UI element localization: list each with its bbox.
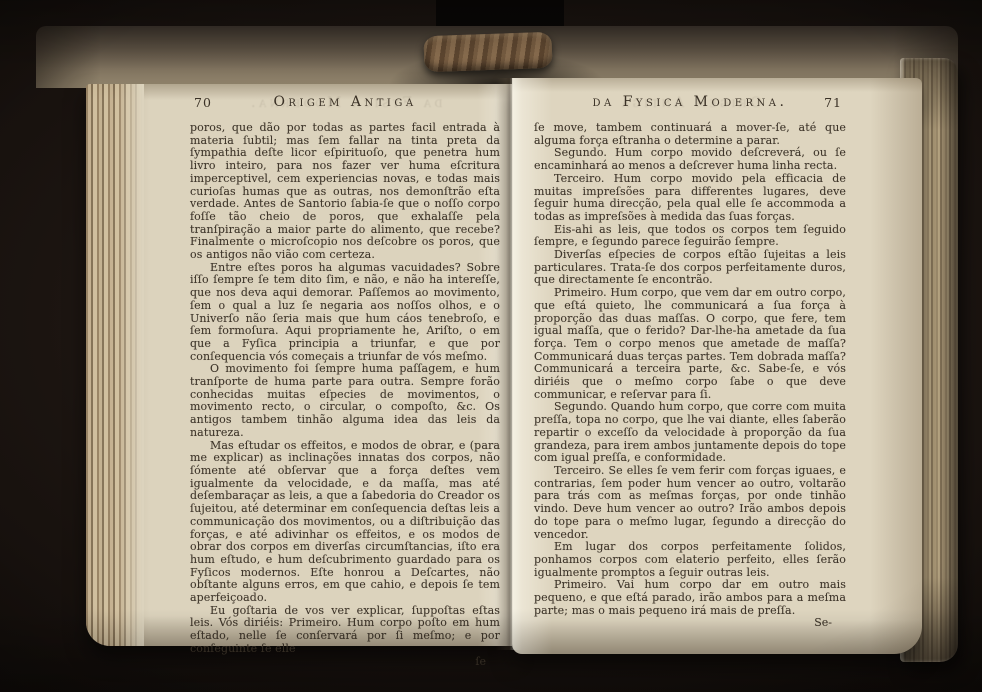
left-fore-edge: [86, 84, 144, 646]
show-through-text: da Fysica Moderna.: [190, 95, 500, 111]
body-paragraph: ſe move, tambem continuará a mover-ſe, a…: [534, 122, 846, 147]
body-paragraph: Segundo. Quando hum corpo, que corre com…: [534, 401, 846, 465]
left-page-text-block: poros, que dão por todas as partes facil…: [190, 122, 500, 668]
right-page-header: Origem Antiga da Fysica Moderna. 71: [534, 94, 846, 114]
body-paragraph: Primeiro. Vai hum corpo dar em outro mai…: [534, 579, 846, 617]
right-page-text: ſe move, tambem continuará a mover-ſe, a…: [534, 122, 846, 617]
body-paragraph: Diverſas eſpecies de corpos eſtão ſujeit…: [534, 249, 846, 287]
right-page: Origem Antiga da Fysica Moderna. 71 ſe m…: [512, 78, 922, 654]
left-page: da Fysica Moderna. 70 Origem Antiga poro…: [86, 84, 512, 646]
left-page-text: poros, que dão por todas as partes facil…: [190, 122, 500, 656]
right-page-text-block: ſe move, tambem continuará a mover-ſe, a…: [534, 122, 846, 630]
show-through-text: Origem Antiga: [534, 95, 846, 111]
right-catchword: Se-: [534, 617, 846, 630]
body-paragraph: Em lugar dos corpos perfeitamente ſolido…: [534, 541, 846, 579]
body-paragraph: Primeiro. Hum corpo, que vem dar em outr…: [534, 287, 846, 401]
gutter-crease: [496, 78, 522, 650]
body-paragraph: Terceiro. Se elles ſe vem ferir com forç…: [534, 465, 846, 541]
left-catchword: ſe: [190, 656, 500, 669]
body-paragraph: Entre eſtes poros ha algumas vacuidades?…: [190, 262, 500, 364]
body-paragraph: Eu goſtaria de vos ver explicar, ſuppoſt…: [190, 605, 500, 656]
spine-headband: [423, 32, 552, 72]
body-paragraph: Eis-ahi as leis, que todos os corpos tem…: [534, 224, 846, 249]
right-page-number: 71: [824, 95, 842, 110]
left-page-number: 70: [194, 95, 212, 110]
left-page-header: da Fysica Moderna. 70 Origem Antiga: [190, 94, 500, 114]
body-paragraph: poros, que dão por todas as partes facil…: [190, 122, 500, 262]
body-paragraph: Segundo. Hum corpo movido deſcreverá, ou…: [534, 147, 846, 172]
body-paragraph: Terceiro. Hum corpo movido pela efficaci…: [534, 173, 846, 224]
body-paragraph: O movimento foi ſempre huma paſſagem, e …: [190, 363, 500, 439]
body-paragraph: Mas eſtudar os effeitos, e modos de obra…: [190, 440, 500, 605]
book-photograph: da Fysica Moderna. 70 Origem Antiga poro…: [0, 0, 982, 692]
